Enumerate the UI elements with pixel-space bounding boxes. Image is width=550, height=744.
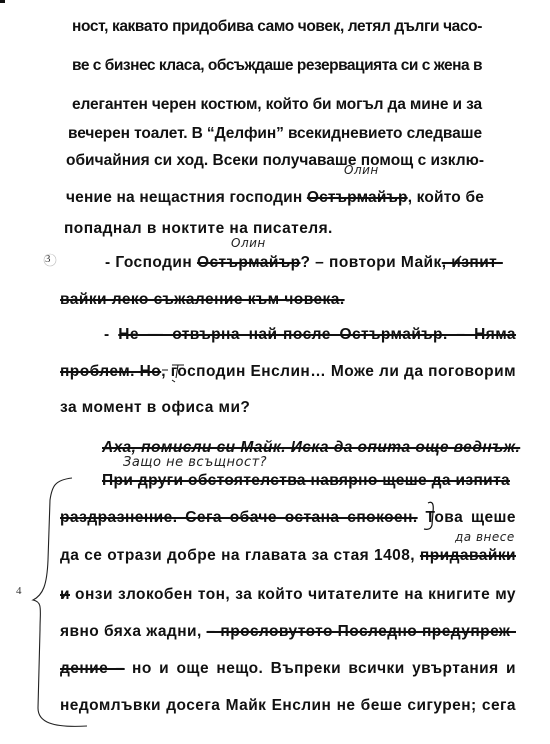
text-line: проблем. Но, господин Енслин… Може ли да… xyxy=(60,362,516,382)
text-segment: но и още нещо. Въпреки всички увъртания … xyxy=(125,660,516,677)
text-line: елегантен черен костюм, който би могъл д… xyxy=(72,95,482,115)
struck-text: дение – xyxy=(60,660,125,677)
handwritten-note-why-not: Защо не всъщност? xyxy=(123,455,267,470)
text-segment: ност, каквато придобива само човек, летя… xyxy=(72,18,482,35)
text-line: явно бяха жадни, – прословутото Последно… xyxy=(60,622,516,642)
handwritten-correction-olin: Олин xyxy=(344,163,379,177)
text-line: раздразнение. Сега обаче остана спокоен.… xyxy=(60,508,516,528)
text-line: вайки леко съжаление към човека. xyxy=(60,290,345,310)
text-line: вечерен тоалет. В “Делфин” всекидневието… xyxy=(68,124,482,144)
struck-text: – прословутото Последно предупреж- xyxy=(207,623,516,640)
text-line: - Не — отвърна най-после Остърмайър. – Н… xyxy=(104,325,516,345)
struck-text: вайки леко съжаление към човека. xyxy=(60,291,345,308)
struck-text: Остърмайър xyxy=(307,189,408,206)
text-line: за момент в офиса ми? xyxy=(60,398,250,418)
handwritten-insert-da-vnese: да внесе xyxy=(455,530,515,544)
text-segment: чение на нещастния господин xyxy=(66,189,307,206)
text-segment: - xyxy=(104,326,118,343)
text-line: и онзи злокобен тон, за който читателите… xyxy=(60,585,516,605)
margin-number-4: 4 xyxy=(16,585,22,597)
text-segment: - Господин xyxy=(105,254,197,271)
text-segment: недомлъвки досега Майк Енслин не беше си… xyxy=(60,697,516,714)
text-segment: , господин Енслин… Може ли да поговорим xyxy=(161,363,516,380)
text-segment: елегантен черен костюм, който би могъл д… xyxy=(72,96,482,113)
struck-text: и xyxy=(60,586,70,603)
text-segment: да се отрази добре на главата за стая 14… xyxy=(60,547,420,564)
scan-corner-mark xyxy=(0,0,5,3)
struck-text: раздразнение. Сега обаче остана спокоен. xyxy=(60,509,418,526)
margin-number-3: 3 xyxy=(45,253,51,265)
text-segment: попаднал в ноктите на писателя. xyxy=(64,220,333,237)
text-line: попаднал в ноктите на писателя. xyxy=(64,219,333,239)
struck-text: проблем. Но xyxy=(60,363,161,380)
struck-text: Аха, помисли си Майк. Иска да опита още … xyxy=(102,439,520,456)
text-line: обичайния си ход. Всеки получаваше помощ… xyxy=(66,151,484,171)
text-line: ве с бизнес класа, обсъждаше резервацият… xyxy=(72,56,482,76)
text-segment: явно бяха жадни, xyxy=(60,623,207,640)
text-line: дение – но и още нещо. Въпреки всички ув… xyxy=(60,659,516,679)
text-segment: Това щеше xyxy=(418,509,516,526)
struck-text: , изпит- xyxy=(442,254,503,271)
text-line: да се отрази добре на главата за стая 14… xyxy=(60,546,516,566)
text-segment: вечерен тоалет. В “Делфин” всекидневието… xyxy=(68,125,482,142)
text-line: При други обстоятелства навярно щеше да … xyxy=(102,471,510,491)
text-segment: ? – повтори Майк xyxy=(301,254,442,271)
text-line: ност, каквато придобива само човек, летя… xyxy=(72,17,482,37)
struck-text: Не — отвърна най-после Остърмайър. – Ням… xyxy=(118,326,516,343)
struck-text: придавайки xyxy=(420,547,516,564)
text-segment: ве с бизнес класа, обсъждаше резервацият… xyxy=(72,57,482,74)
text-line: чение на нещастния господин Остърмайър, … xyxy=(66,188,484,208)
struck-text: Остърмайър xyxy=(197,254,301,271)
text-line: - Господин Остърмайър? – повтори Майк, и… xyxy=(105,253,503,273)
text-segment: обичайния си ход. Всеки получаваше помощ… xyxy=(66,152,484,169)
text-segment: , който бе xyxy=(408,189,484,206)
handwritten-correction-olin: Олин xyxy=(231,236,266,250)
text-segment: онзи злокобен тон, за който читателите н… xyxy=(70,586,516,603)
text-segment: за момент в офиса ми? xyxy=(60,399,250,416)
struck-text: При други обстоятелства навярно щеше да … xyxy=(102,472,510,489)
text-line: недомлъвки досега Майк Енслин не беше си… xyxy=(60,696,516,716)
